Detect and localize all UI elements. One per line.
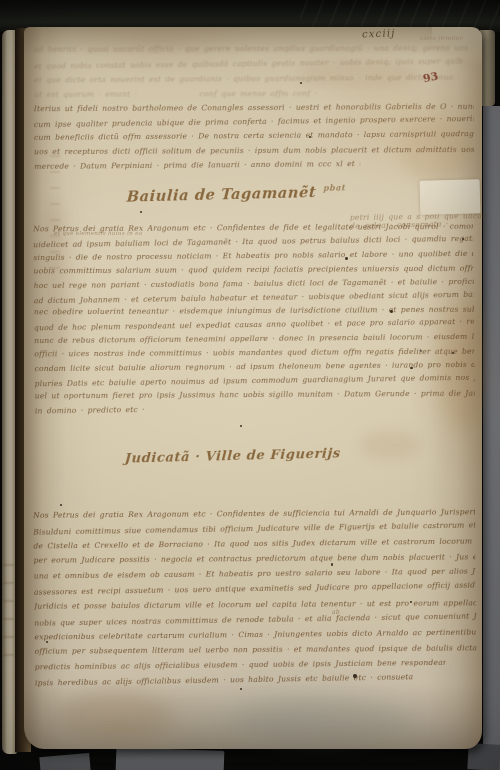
previous-leaf-ink-marks — [3, 555, 14, 670]
ink-speck — [353, 674, 357, 678]
ink-speck — [420, 350, 422, 352]
manuscript-text-line: mercede · Datum Perpiniani · prima die I… — [34, 157, 360, 174]
entry-bajulia-paragraph: Nos Petrus dei gratia Rex Aragonum etc ·… — [33, 219, 475, 418]
manuscript-text-line: in domino · predicto etc · — [35, 402, 167, 418]
ink-speck — [331, 563, 333, 566]
faded-header-text-block: ad henrici · quasi uacarũt officia · que… — [34, 39, 472, 102]
parchment-stain — [230, 700, 410, 745]
manuscript-text-line: officium per subsequentem litteram uel u… — [35, 640, 477, 659]
ink-speck — [60, 504, 62, 506]
repair-patch — [420, 179, 481, 215]
section-heading-bajulia: Baiulia de Tagamanẽtpbat — [126, 182, 346, 205]
section-heading-judicata: Judicatã · Ville de Figuerijs — [124, 446, 341, 466]
stacked-page-edges — [480, 30, 495, 106]
heading-approval-note: pbat — [323, 182, 346, 193]
entry-assessoria-paragraph: Iterius ut fideli nostro bartholomeo de … — [34, 99, 475, 174]
parchment-stain — [60, 690, 170, 740]
ink-speck — [390, 310, 393, 313]
manuscript-photo: cxciij 93 cõtra firmiter ad henrici · qu… — [0, 0, 500, 770]
manuscript-page: cxciij 93 cõtra firmiter ad henrici · qu… — [24, 27, 482, 749]
backdrop-streaks — [300, 0, 500, 30]
table-surface-right — [483, 106, 500, 770]
ink-speck — [345, 257, 348, 260]
manuscript-text-line: uos et recepturos dicti officii solitum … — [34, 142, 474, 159]
ink-speck — [410, 601, 412, 603]
folio-number: cxciij — [362, 28, 396, 40]
table-surface-bottom-left — [39, 753, 90, 770]
parchment-stain — [360, 430, 420, 460]
ink-speck — [452, 352, 454, 354]
ink-speck — [240, 425, 242, 427]
ink-speck — [46, 641, 48, 643]
table-surface-bottom — [116, 747, 225, 770]
ink-speck — [300, 82, 302, 84]
entry-judicata-paragraph: Nos Petrus dei gratia Rex Aragonum etc ·… — [33, 503, 477, 689]
ink-speck — [140, 211, 142, 213]
manuscript-text-line: uel ut oportunum fieret pro ipsis Jussim… — [35, 387, 475, 404]
manuscript-text-line: uobis committimus salarium suum · quod q… — [33, 261, 473, 278]
ink-speck — [410, 367, 413, 369]
manuscript-text-line: officii · uices nostras inde committimus… — [34, 345, 474, 362]
ink-speck — [462, 238, 464, 240]
ink-speck — [240, 688, 242, 690]
ink-speck — [309, 136, 311, 138]
heading-bajulia-title: Baiulia de Tagamanẽt — [126, 184, 317, 206]
